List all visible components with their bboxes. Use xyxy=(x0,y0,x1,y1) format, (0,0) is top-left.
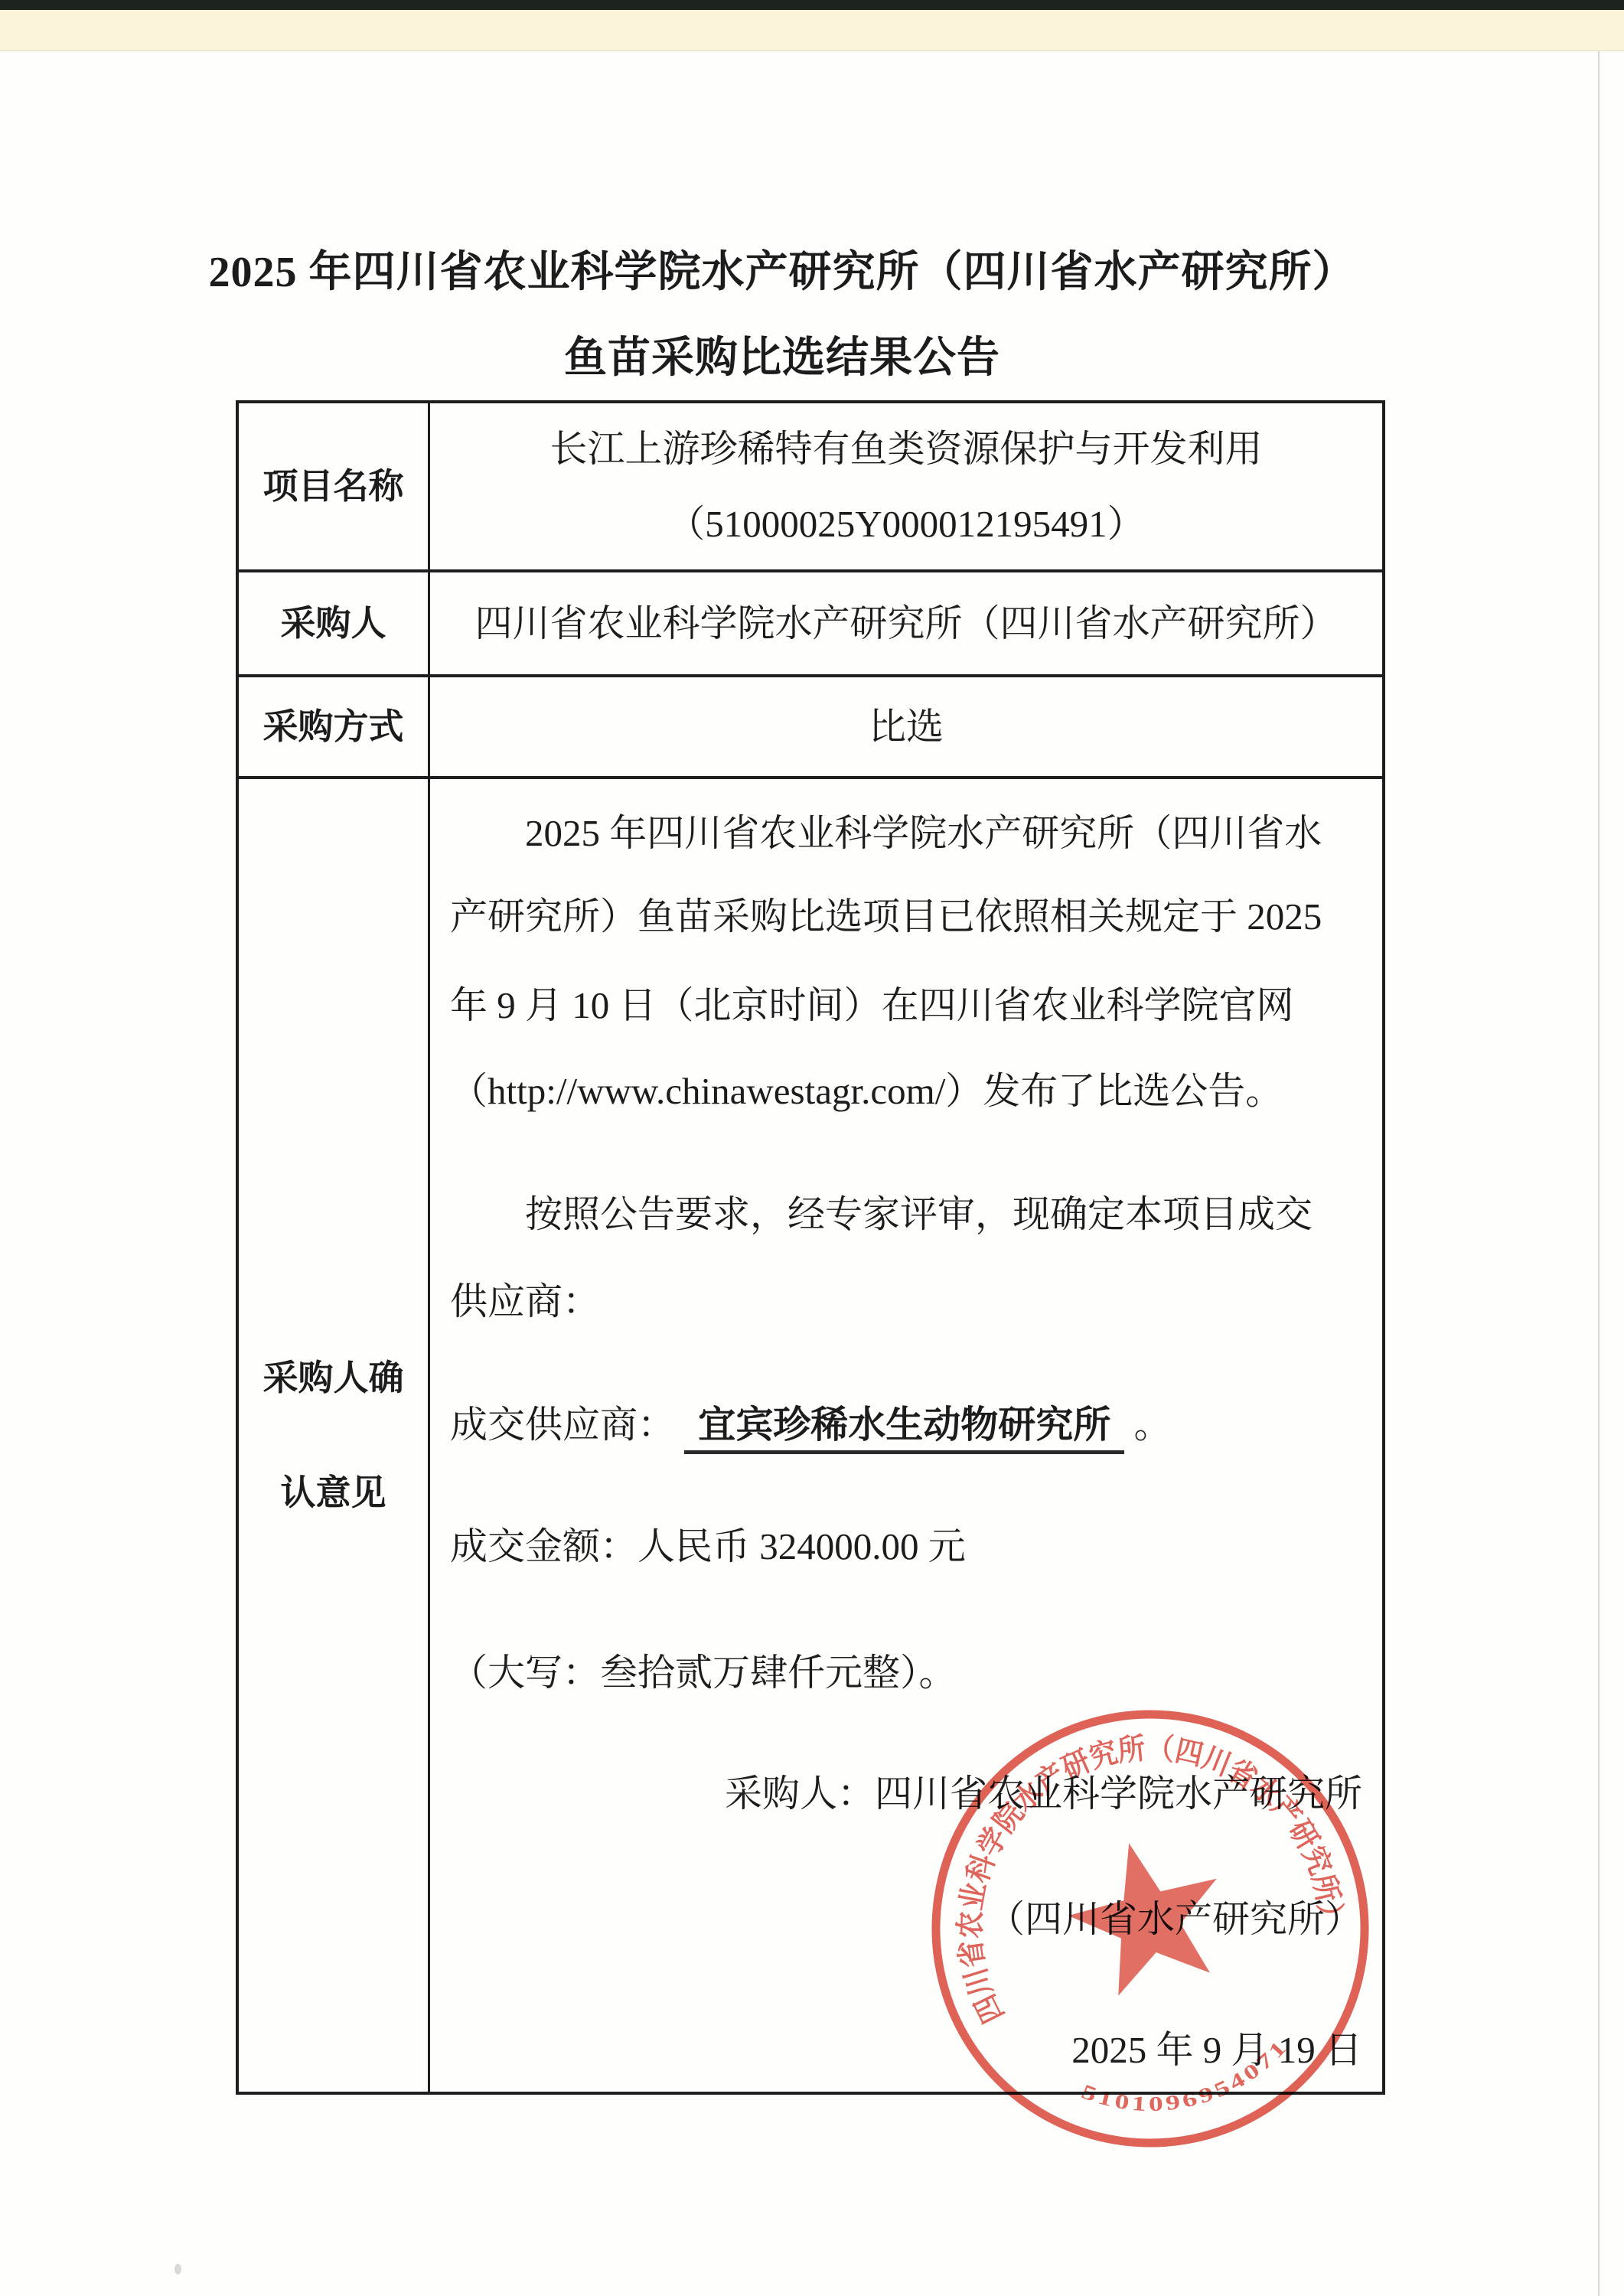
award-supplier-name: 宜宾珍稀水生动物研究所 xyxy=(684,1404,1124,1454)
amount-words-line: （大写：叁拾贰万肆仟元整）。 xyxy=(430,1651,1382,1695)
svg-text:5101096954071: 5101096954071 xyxy=(1074,2030,1301,2137)
row-label-confirmation-opinion: 采购人确 认意见 xyxy=(239,779,430,2092)
row-value-purchaser: 四川省农业科学院水产研究所（四川省水产研究所） xyxy=(430,572,1382,677)
scan-edge-top xyxy=(0,0,1624,10)
award-suffix: 。 xyxy=(1134,1404,1172,1446)
row-value-method: 比选 xyxy=(430,677,1382,779)
row-value-project-name: 长江上游珍稀特有鱼类资源保护与开发利用 （51000025Y0000121954… xyxy=(430,403,1382,572)
seal-star-icon xyxy=(1055,1825,1238,2003)
project-number-text: （51000025Y000012195491） xyxy=(667,502,1144,546)
row-label-method: 采购方式 xyxy=(239,677,430,779)
official-seal: 四川省农业科学院水产研究所（四川省水产研究所） 5101096954071 xyxy=(921,1699,1380,2158)
award-line: 成交供应商： 宜宾珍稀水生动物研究所 。 xyxy=(430,1403,1382,1447)
scan-edge-right-line xyxy=(1598,51,1600,2296)
opinion-para1-line3: 年 9 月 10 日（北京时间）在四川省农业科学院官网 xyxy=(430,983,1382,1028)
amount-line: 成交金额：人民币 324000.00 元 xyxy=(430,1525,1382,1569)
page-title-line1: 2025 年四川省农业科学院水产研究所（四川省水产研究所） xyxy=(208,249,1356,295)
opinion-para2-line2: 供应商： xyxy=(430,1280,1382,1324)
row-label-purchaser: 采购人 xyxy=(239,572,430,677)
opinion-para2-line1: 按照公告要求，经专家评审，现确定本项目成交 xyxy=(430,1192,1382,1237)
opinion-para1-line2: 产研究所）鱼苗采购比选项目已依照相关规定于 2025 xyxy=(430,895,1382,939)
scan-edge-cream-band xyxy=(0,10,1624,51)
scan-speck xyxy=(174,2264,181,2275)
scanned-announcement-page: { "document": { "title_line1": "2025 年四川… xyxy=(0,0,1624,2296)
page-title-line2: 鱼苗采购比选结果公告 xyxy=(208,335,1356,381)
seal-serial-number: 5101096954071 xyxy=(1074,2030,1301,2137)
opinion-para1-line1: 2025 年四川省农业科学院水产研究所（四川省水 xyxy=(430,811,1382,856)
confirmation-label-line2: 认意见 xyxy=(281,1473,386,1514)
award-prefix: 成交供应商： xyxy=(450,1404,675,1446)
project-name-text: 长江上游珍稀特有鱼类资源保护与开发利用 xyxy=(549,427,1262,471)
confirmation-label-line1: 采购人确 xyxy=(263,1358,404,1399)
opinion-para1-line4: （http://www.chinawestagr.com/）发布了比选公告。 xyxy=(430,1069,1382,1114)
row-label-project-name: 项目名称 xyxy=(239,403,430,572)
